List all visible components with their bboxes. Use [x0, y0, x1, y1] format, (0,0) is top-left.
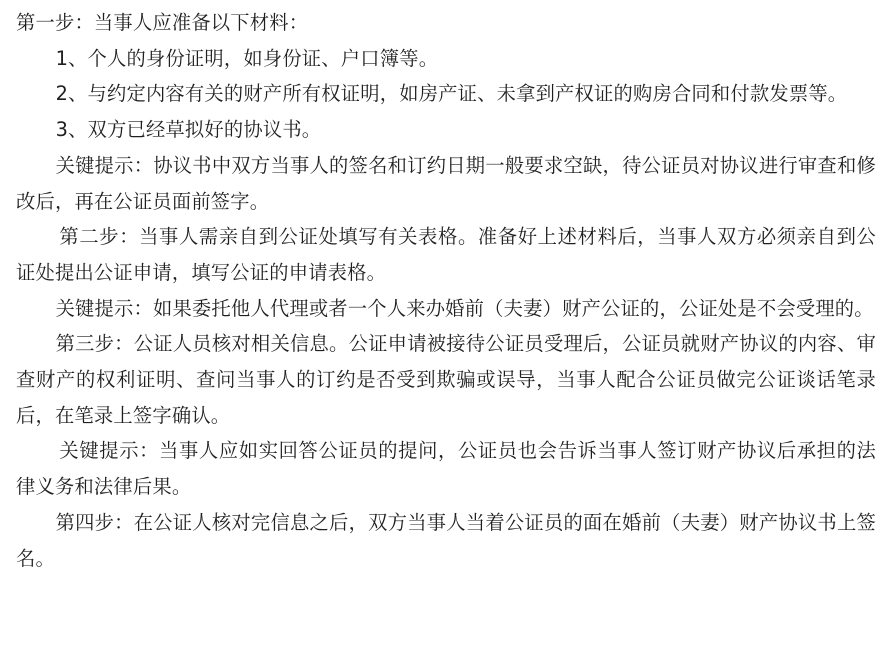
step4-paragraph: 第四步：在公证人核对完信息之后，双方当事人当着公证员的面在婚前（夫妻）财产协议书… [16, 505, 876, 576]
step1-item-agreement-draft: 3、双方已经草拟好的协议书。 [16, 112, 876, 148]
step1-item-property-proof: 2、与约定内容有关的财产所有权证明，如房产证、未拿到产权证的购房合同和付款发票等… [16, 76, 876, 112]
step2-key-tip: 关键提示：如果委托他人代理或者一个人来办婚前（夫妻）财产公证的，公证处是不会受理… [16, 291, 876, 327]
step3-key-tip: 关键提示：当事人应如实回答公证员的提问，公证员也会告诉当事人签订财产协议后承担的… [16, 433, 876, 504]
step1-title: 第一步：当事人应准备以下材料： [16, 5, 876, 41]
step1-item-id-proof: 1、个人的身份证明，如身份证、户口簿等。 [16, 41, 876, 77]
step2-paragraph: 第二步：当事人需亲自到公证处填写有关表格。准备好上述材料后，当事人双方必须亲自到… [16, 219, 876, 290]
step1-key-tip: 关键提示：协议书中双方当事人的签名和订约日期一般要求空缺，待公证员对协议进行审查… [16, 148, 876, 219]
document-body: 第一步：当事人应准备以下材料： 1、个人的身份证明，如身份证、户口簿等。 2、与… [0, 0, 876, 576]
step3-paragraph: 第三步：公证人员核对相关信息。公证申请被接待公证员受理后，公证员就财产协议的内容… [16, 326, 876, 433]
